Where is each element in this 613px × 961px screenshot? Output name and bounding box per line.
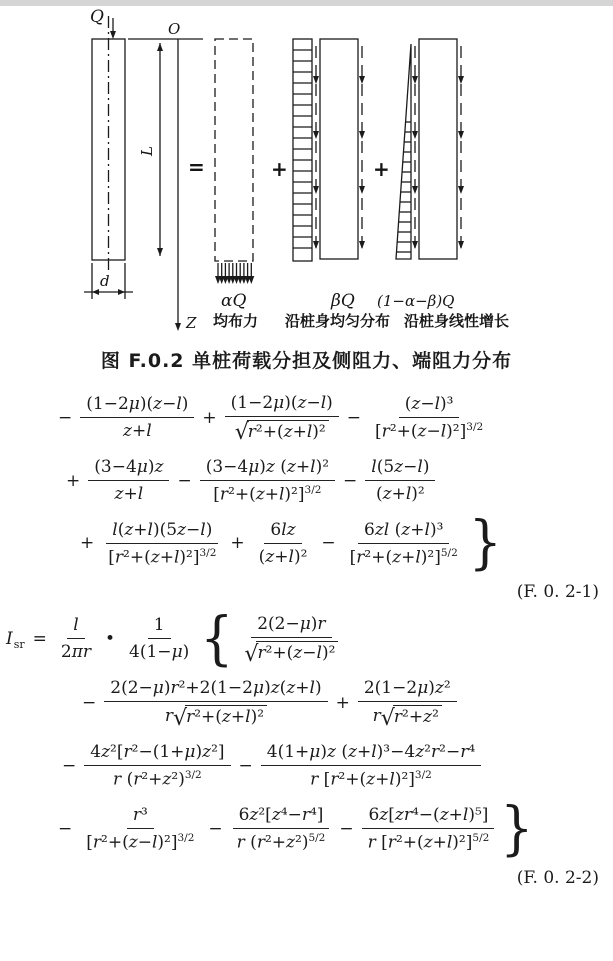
formula-f022: Isr=l2πr•14(1−μ){2(2−μ)r√r²+(z−l)² −2(2−… [0, 614, 613, 887]
math-text: 6 [364, 520, 375, 540]
math-operator: − [239, 756, 253, 776]
math-text: z [327, 742, 336, 762]
math-text: ( [121, 770, 133, 790]
pile-diagram-svg: Q d O L Z = αQ 均布力 [0, 6, 613, 336]
numerator: l [67, 615, 84, 639]
math-text: l [73, 615, 78, 635]
exponent: 3/2 [199, 547, 216, 559]
math-text: ) [315, 678, 322, 698]
side-friction-arrows [313, 46, 464, 254]
math-text: (3−4 [206, 457, 249, 477]
plus-sign-2: + [373, 157, 390, 181]
math-operator: + [202, 408, 216, 428]
math-text: z [401, 520, 410, 540]
math-text: r [368, 833, 376, 853]
math-text: + [392, 484, 406, 504]
fraction: (3−4μ)zz+l [88, 457, 169, 504]
fraction: 14(1−μ) [123, 615, 195, 662]
math-text: ²+( [396, 833, 424, 853]
denominator: z+l [117, 418, 158, 441]
math-text: r [170, 678, 178, 698]
denominator: [r²+(z+l)²]5/2 [344, 544, 464, 568]
math-text: − [426, 421, 440, 441]
math-text: z [272, 805, 281, 825]
denominator: 2πr [55, 639, 97, 662]
math-text: z [293, 643, 302, 663]
exponent: 3/2 [466, 421, 483, 433]
math-text: r [165, 707, 173, 727]
down-arrowhead [313, 76, 319, 84]
fraction: 6lz(z+l)² [253, 520, 314, 567]
fraction: 6z²[z⁴−r⁴]r (r²+z²)5/2 [231, 805, 332, 853]
math-text: )² [251, 707, 264, 727]
denominator: [r²+(z−l)²]3/2 [369, 418, 489, 442]
math-text: r [115, 547, 123, 567]
denominator: z+l [109, 481, 150, 504]
math-text: ⁴] [310, 805, 323, 825]
document-page: Q d O L Z = αQ 均布力 [0, 0, 613, 961]
sqrt: √r²+z² [381, 705, 442, 727]
alpha-q-desc: 均布力 [213, 312, 258, 330]
math-text: 6 [239, 805, 250, 825]
math-text: ²+( [266, 643, 294, 663]
fraction: 2(1−2μ)z²r√r²+z² [358, 678, 457, 727]
math-operator: − [177, 471, 191, 491]
math-operator: + [80, 533, 94, 553]
math-operator: − [58, 408, 72, 428]
down-arrowhead [359, 131, 365, 139]
math-text: z [392, 547, 401, 567]
math-text: r [373, 707, 381, 727]
fraction: 4z²[r²−(1+μ)z²]r (r²+z²)3/2 [84, 742, 230, 790]
math-operator: − [62, 756, 76, 776]
math-text: [ [108, 547, 115, 567]
math-text: ²] [211, 742, 224, 762]
math-text: )³ [440, 394, 453, 414]
denominator: r [r²+(z+l)²]5/2 [362, 829, 496, 853]
denominator: (z+l)² [253, 544, 314, 567]
down-arrowhead [313, 241, 319, 249]
math-text: r [394, 707, 402, 727]
load-label: Q [90, 7, 104, 27]
math-text: ⁴− [281, 805, 302, 825]
math-text: z [256, 485, 265, 505]
radicand: r²+(z+l)² [185, 705, 267, 727]
math-text: z [177, 520, 186, 540]
math-text: lz [281, 520, 295, 540]
math-text: 2 [61, 642, 72, 662]
math-text: ²+( [123, 547, 151, 567]
fraction: 4(1+μ)z (z+l)³−4z²r²−r⁴r [r²+(z+l)²]3/2 [261, 742, 481, 790]
fraction: 2(2−μ)r²+2(1−2μ)z(z+l)r√r²+(z+l)² [104, 678, 327, 727]
math-text: + [293, 422, 307, 442]
gamma-q-label: (1−α−β)Q [377, 292, 454, 310]
fraction: (z−l)³[r²+(z−l)²]3/2 [369, 394, 489, 442]
load-arrowhead [110, 31, 116, 39]
numerator: 6z²[z⁴−r⁴] [233, 805, 330, 829]
math-text: + [375, 770, 389, 790]
numerator: 6zl (z+l)³ [358, 520, 449, 544]
numerator: (1−2μ)(z−l) [80, 394, 194, 418]
fraction: l2πr [55, 615, 97, 662]
math-text: 4(1+ [267, 742, 310, 762]
math-operator: + [230, 533, 244, 553]
math-text: − [403, 457, 417, 477]
math-text: + [449, 805, 463, 825]
math-text: z [129, 833, 138, 853]
pile-load-diagram: Q d O L Z = αQ 均布力 [0, 6, 613, 336]
math-text: πr [72, 642, 91, 662]
figure-caption: 图 F.0.2 单桩荷载分担及侧阻力、端阻力分布 [0, 346, 613, 373]
math-text: ² [424, 742, 431, 762]
pile-body [320, 39, 358, 259]
denominator: [r²+(z−l)²]3/2 [80, 829, 200, 853]
math-text: r [220, 485, 228, 505]
pile-body [419, 39, 457, 259]
math-text: ²[ [258, 805, 271, 825]
math-text: z [435, 678, 444, 698]
math-text: ²) [295, 833, 308, 853]
numerator: 1 [148, 615, 171, 639]
math-text: 1 [154, 615, 165, 635]
math-text: μ [273, 393, 284, 413]
math-text: )(5 [153, 520, 177, 540]
math-text: (3−4 [94, 457, 137, 477]
math-text: ²+( [256, 422, 284, 442]
fraction: r³[r²+(z−l)²]3/2 [80, 805, 200, 853]
math-text: l [146, 421, 151, 441]
math-text: )⁵] [468, 805, 488, 825]
math-text: r [257, 833, 265, 853]
numerator: r³ [127, 805, 154, 829]
numerator: 6z[zr⁴−(z+l)⁵] [362, 805, 494, 829]
math-text: [ [388, 805, 395, 825]
math-operator: − [343, 471, 357, 491]
math-text: ²+ [402, 707, 423, 727]
math-text: z [424, 833, 433, 853]
math-text: ) [183, 642, 190, 662]
math-text: 6 [270, 520, 281, 540]
math-text: ) [423, 457, 430, 477]
pile-outline-dashed [215, 39, 253, 261]
math-text: I [6, 629, 13, 649]
equation-tag: (F. 0. 2-2) [0, 868, 613, 888]
math-text: [ [318, 770, 330, 790]
math-text: r [248, 422, 256, 442]
math-text: zl [375, 520, 389, 540]
math-text: )²] [452, 833, 472, 853]
math-text: r [133, 805, 141, 825]
math-text: μ [137, 457, 148, 477]
down-arrowhead [313, 186, 319, 194]
math-text: ) [264, 678, 271, 698]
fraction: (3−4μ)z (z+l)²[r²+(z+l)²]3/2 [200, 457, 335, 505]
math-text: μ [309, 742, 320, 762]
exponent: 3/2 [177, 832, 194, 844]
beta-q-desc: 沿桩身均匀分布 [285, 312, 390, 330]
math-text: μ [300, 614, 311, 634]
denominator: r√r²+(z+l)² [159, 702, 273, 727]
fraction: (1−2μ)(z−l)√r²+(z+l)² [225, 393, 339, 442]
math-text: z [101, 742, 110, 762]
numerator: l(5z−l) [365, 457, 435, 481]
math-text: + [357, 742, 371, 762]
numerator: (3−4μ)z [88, 457, 169, 481]
numerator: 2(2−μ)r²+2(1−2μ)z(z+l) [104, 678, 327, 702]
formula-line: −r³[r²+(z−l)²]3/2−6z²[z⁴−r⁴]r (r²+z²)5/2… [52, 805, 613, 853]
diameter-label: d [100, 272, 110, 290]
denominator: r [r²+(z+l)²]3/2 [304, 766, 438, 790]
math-operator: • [105, 629, 115, 649]
math-text: z [348, 742, 357, 762]
math-text: z [287, 457, 296, 477]
dim-arrow-left [92, 289, 99, 295]
math-text: ² [432, 707, 439, 727]
exponent: 5/2 [308, 832, 325, 844]
math-text: r [257, 643, 265, 663]
pile-friction-uniform-figure: βQ 沿桩身均匀分布 [285, 39, 390, 330]
math-text: )² [322, 643, 335, 663]
denominator: √r²+(z−l)² [238, 638, 344, 663]
math-text: (5 [377, 457, 394, 477]
formula-line: −2(2−μ)r²+2(1−2μ)z(z+l)r√r²+(z+l)²+2(1−2… [76, 678, 613, 727]
math-text: 4(1− [129, 642, 172, 662]
math-text: r [124, 742, 132, 762]
math-text: ) [320, 742, 327, 762]
math-text: z [411, 394, 420, 414]
math-text: )² [294, 547, 307, 567]
math-operator: = [33, 629, 47, 649]
math-text: 2(1−2 [364, 678, 417, 698]
math-operator: − [347, 408, 361, 428]
exponent: 3/2 [305, 484, 322, 496]
math-operator: − [321, 533, 335, 553]
math-operator: − [339, 819, 353, 839]
math-text: z [383, 484, 392, 504]
math-text: ²+( [101, 833, 129, 853]
math-text: ²) [171, 770, 184, 790]
math-text: )²] [395, 770, 415, 790]
plus-sign-1: + [271, 157, 288, 181]
math-text: − [420, 394, 434, 414]
math-text: z [286, 678, 295, 698]
math-text: z [440, 805, 449, 825]
math-text: + [132, 421, 146, 441]
math-text: z [202, 742, 211, 762]
math-text: )³−4 [377, 742, 416, 762]
down-arrowhead [313, 131, 319, 139]
formula-line: −4z²[r²−(1+μ)z²]r (r²+z²)3/2−4(1+μ)z (z+… [56, 742, 613, 790]
math-text: zr [395, 805, 412, 825]
math-text: + [401, 547, 415, 567]
math-text: 4 [90, 742, 101, 762]
math-text: z [154, 457, 163, 477]
math-text: μ [417, 678, 428, 698]
down-arrowhead [412, 186, 418, 194]
numerator: 2(2−μ)r [251, 614, 331, 638]
sqrt: √r²+(z+l)² [173, 705, 267, 727]
math-text: )³ [430, 520, 443, 540]
math-text: + [265, 485, 279, 505]
down-arrowhead [412, 76, 418, 84]
math-operator: + [336, 693, 350, 713]
math-text: ( [389, 520, 401, 540]
math-text: [ [86, 833, 93, 853]
formula-line: −(1−2μ)(z−l)z+l+(1−2μ)(z−l)√r²+(z+l)²−(z… [52, 393, 613, 442]
numerator: (1−2μ)(z−l) [225, 393, 339, 417]
math-text: r [93, 833, 101, 853]
math-text: r [317, 614, 325, 634]
math-text: − [138, 833, 152, 853]
down-arrowhead [412, 131, 418, 139]
denominator: √r²+(z+l)² [229, 417, 335, 442]
exponent: 3/2 [415, 769, 432, 781]
numerator: (3−4μ)z (z+l)² [200, 457, 335, 481]
formula-f021: −(1−2μ)(z−l)z+l+(1−2μ)(z−l)√r²+(z+l)²−(z… [0, 393, 613, 602]
strip-hatching [294, 50, 312, 248]
exponent: 3/2 [185, 769, 202, 781]
math-text: (1−2 [86, 394, 129, 414]
math-text: z [284, 422, 293, 442]
math-operator: − [58, 819, 72, 839]
math-text: μ [129, 394, 140, 414]
math-text: [ [213, 485, 220, 505]
math-text: r [382, 421, 390, 441]
math-text: [ [376, 833, 388, 853]
end-bearing-arrow-band [215, 263, 254, 284]
denominator: [r²+(z+l)²]3/2 [102, 544, 222, 568]
math-text: ² [444, 678, 451, 698]
denominator: r√r²+z² [367, 702, 448, 727]
math-text: z [153, 394, 162, 414]
math-operator: − [208, 819, 222, 839]
math-text: z [286, 833, 295, 853]
math-text: )²] [421, 547, 441, 567]
math-text: ( [245, 833, 257, 853]
exponent: 5/2 [441, 547, 458, 559]
math-text: ⁴ [468, 742, 475, 762]
math-text: z [379, 805, 388, 825]
length-arrow-up [157, 43, 163, 51]
math-text: + [133, 520, 147, 540]
equation-tag: (F. 0. 2-1) [0, 582, 613, 602]
math-text: μ [153, 678, 164, 698]
gamma-q-desc: 沿桩身线性增长 [404, 312, 509, 330]
math-text: )²] [284, 485, 304, 505]
formula-line: Isr=l2πr•14(1−μ){2(2−μ)r√r²+(z−l)² [6, 614, 613, 663]
math-text: ) [182, 394, 189, 414]
denominator: [r²+(z+l)²]3/2 [207, 481, 327, 505]
down-arrowhead [458, 186, 464, 194]
pile-friction-linear-figure: (1−α−β)Q 沿桩身线性增长 [377, 39, 509, 330]
down-arrowhead [458, 131, 464, 139]
math-text: [ [375, 421, 382, 441]
length-label: L [138, 146, 156, 157]
math-text: μ [253, 678, 264, 698]
length-arrow-down [157, 248, 163, 256]
math-text: ) [428, 678, 435, 698]
math-text: )²] [446, 421, 466, 441]
math-text: − [162, 394, 176, 414]
math-text: + [410, 520, 424, 540]
math-text: ) [326, 393, 333, 413]
dim-arrow-right [118, 289, 125, 295]
math-text: ²[ [110, 742, 123, 762]
math-text: z [415, 742, 424, 762]
math-text: )²] [157, 833, 177, 853]
denominator: r (r²+z²)3/2 [107, 766, 208, 790]
math-text: ) [206, 520, 213, 540]
numerator: 6lz [264, 520, 301, 544]
math-text: z [394, 457, 403, 477]
beta-q-label: βQ [330, 291, 355, 311]
math-text: ⁴−( [412, 805, 440, 825]
math-text: + [274, 547, 288, 567]
math-text: ²+( [390, 421, 418, 441]
down-arrowhead [359, 241, 365, 249]
math-text: + [296, 457, 310, 477]
sqrt: √r²+(z+l)² [235, 420, 329, 442]
subscript: sr [14, 638, 25, 651]
denominator: 4(1−μ) [123, 639, 195, 662]
pile-with-load: Q d [84, 7, 133, 299]
math-text: μ [248, 457, 259, 477]
z-axis-arrowhead [175, 323, 181, 331]
denominator: (z+l)² [370, 481, 431, 504]
math-text: ²− [439, 742, 460, 762]
numerator: 2(1−2μ)z² [358, 678, 457, 702]
math-text: + [160, 547, 174, 567]
math-text: (1−2 [231, 393, 274, 413]
math-text: r [113, 770, 121, 790]
math-text: ²+2(1−2 [179, 678, 253, 698]
math-text: r [302, 805, 310, 825]
numerator: l(z+l)(5z−l) [106, 520, 218, 544]
math-text: z [151, 547, 160, 567]
math-text: ³ [141, 805, 148, 825]
down-arrowhead [359, 76, 365, 84]
math-text: ) [259, 457, 266, 477]
formula-line: +l(z+l)(5z−l)[r²+(z+l)²]3/2+6lz(z+l)²−6z… [74, 520, 613, 568]
equals-sign: = [188, 155, 205, 179]
math-text: − [306, 393, 320, 413]
math-text: ²−(1+ [132, 742, 185, 762]
fraction: 2(2−μ)r√r²+(z−l)² [238, 614, 344, 663]
fraction: 6zl (z+l)³[r²+(z+l)²]5/2 [344, 520, 464, 568]
math-text: z [366, 770, 375, 790]
math-text: ²+ [141, 770, 162, 790]
pile-end-bearing-figure: αQ 均布力 [213, 39, 258, 330]
math-text: z [265, 547, 274, 567]
math-text: z [123, 421, 132, 441]
fraction: l(z+l)(5z−l)[r²+(z+l)²]3/2 [102, 520, 222, 568]
fraction: 6z[zr⁴−(z+l)⁵]r [r²+(z+l)²]5/2 [362, 805, 496, 853]
math-text: + [123, 484, 137, 504]
math-text: − [186, 520, 200, 540]
math-text: μ [184, 742, 195, 762]
math-text: + [231, 707, 245, 727]
math-text: z [222, 707, 231, 727]
math-text: + [295, 678, 309, 698]
math-text: z [249, 805, 258, 825]
math-text: z [271, 678, 280, 698]
math-text: )² [316, 457, 329, 477]
fraction: (1−2μ)(z−l)z+l [80, 394, 194, 441]
numerator: (z−l)³ [399, 394, 460, 418]
math-text: r [431, 742, 439, 762]
math-text: z [266, 457, 275, 477]
math-operator: + [66, 471, 80, 491]
